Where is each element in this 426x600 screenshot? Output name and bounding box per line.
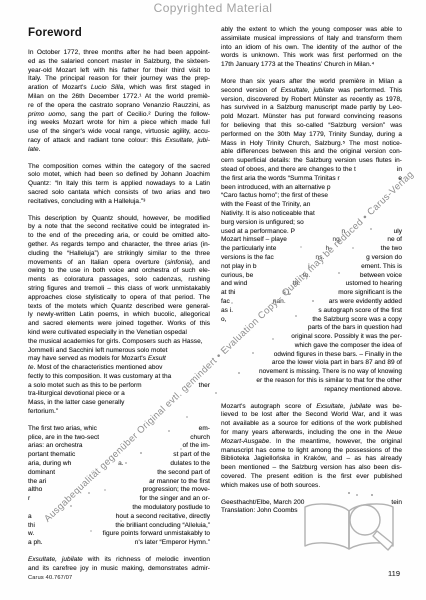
- copyright-material-label: Copyrighted Material: [0, 1, 426, 15]
- text-line: able differences between this and the or…: [221, 148, 402, 157]
- left-column-body: In October 1772, three months after he h…: [28, 49, 210, 574]
- scan-speckles: [0, 0, 2, 2]
- text-line: cern superficial details: the Salzburg v…: [221, 157, 402, 166]
- text-line: kind were cultivated especially in the V…: [28, 329, 210, 338]
- carus-logo-icon: [412, 165, 420, 174]
- text-line: novement is missing. There is no way of …: [221, 368, 402, 377]
- text-line: Exsultate, jubilate with its richness of…: [28, 556, 210, 565]
- text-line: lieved to be lost after the Second World…: [221, 411, 402, 420]
- text-line: which makes use of both sources.: [221, 482, 402, 491]
- text-line: for many years afterwards, including the…: [221, 429, 402, 438]
- text-line: re of the opera the castrato soprano Ven…: [28, 102, 210, 111]
- text-line: use of the singer's wide vocal range, vi…: [28, 128, 210, 137]
- text-line: Mozart-Ausgabe. In the meantime, however…: [221, 438, 402, 447]
- text-line: and sacred elements were joined together…: [28, 320, 210, 329]
- text-line: ably the extent to which the young compo…: [221, 26, 402, 35]
- text-line: may have served as models for Mozart's E…: [28, 355, 210, 364]
- text-line: as i.s autograph score of the first: [221, 307, 402, 316]
- text-line: burg version is unfigured; so: [221, 219, 402, 228]
- text-line: not available as a source for editions o…: [221, 420, 402, 429]
- text-line: ing weeks Mozart wrote for him a piece w…: [28, 119, 210, 128]
- text-line: assimilate musical impressions of Italy …: [221, 35, 402, 44]
- text-line: facnan.ars were evidently added: [221, 298, 402, 307]
- text-line: Mass, in the latter case generally: [28, 399, 210, 408]
- text-line: dominantthe second part of: [28, 469, 210, 478]
- text-line: for believing that this so-called “Salzb…: [221, 122, 402, 131]
- text-line: althoprogression; the move-: [28, 486, 210, 495]
- text-line: by a note that the second recitative cou…: [28, 223, 210, 232]
- text-line: at this i.more significant is the: [221, 289, 402, 298]
- foreword-heading: Foreword: [28, 27, 210, 39]
- scanned-foreword-page: Copyrighted Material Foreword In October…: [0, 0, 426, 600]
- paragraph: The composition comes within the categor…: [28, 163, 210, 207]
- paragraph: Exsultate, jubilate with its richness of…: [28, 556, 210, 574]
- text-line: the musical academies for girls. Compose…: [28, 338, 210, 347]
- right-column: ably the extent to which the young compo…: [221, 26, 402, 582]
- text-line: pold Mozart. Münster has put forward con…: [221, 113, 402, 122]
- text-line: aria, during wha.dulates to the: [28, 460, 210, 469]
- text-line: Biblioteka Jagiellońska in Kraków, and –…: [221, 455, 402, 464]
- text-line: approaches close stylistically to opera …: [28, 294, 210, 303]
- text-line: ed as the salaried concert master in Sal…: [28, 58, 210, 67]
- text-line: cluding the “Halleluja”) are strikingly …: [28, 250, 210, 259]
- text-line: owing to the use in both voice and orche…: [28, 267, 210, 276]
- text-line: used at a performance. Pn.uly: [221, 228, 402, 237]
- text-line: w.figure points forward unmistakably to: [28, 530, 210, 539]
- text-line: er the reason for this is similar to tha…: [221, 377, 402, 386]
- paragraph: In October 1772, three months after he h…: [28, 49, 210, 155]
- left-column: Foreword In October 1772, three months a…: [28, 26, 210, 582]
- text-line: and its carefree joy in music making, de…: [28, 565, 210, 574]
- text-line: 17th January 1773 at the Theatins’ Churc…: [221, 61, 402, 70]
- text-line: The first two arias, whicem-: [28, 425, 210, 434]
- text-line: performed on the 30th May 1779, Trinity …: [221, 131, 402, 140]
- text-line: te. Most of the characteristics mentione…: [28, 364, 210, 373]
- paragraph: ably the extent to which the young compo…: [221, 26, 402, 70]
- text-line: fertorium.”: [28, 408, 210, 417]
- page-number: 119: [388, 569, 400, 578]
- footer-catalog-number: Carus 40.767/07: [28, 575, 72, 581]
- text-line: stead of oboes, and there are changes to…: [221, 166, 402, 175]
- text-line: gether. As regards tempo and character, …: [28, 241, 210, 250]
- text-line: Milan on the 26th December 1772.¹ At the…: [28, 93, 210, 102]
- text-line: the particularly inteh-the two: [221, 245, 402, 254]
- paragraph: Mozart's autograph score of Exsultate, j…: [221, 403, 402, 491]
- text-line: and windth.ustomed to hearing: [221, 280, 402, 289]
- text-line: to the end of the preceding aria, or cou…: [28, 232, 210, 241]
- text-line: ments as coloratura passages, solo caden…: [28, 276, 210, 285]
- text-line: Jommelli and Sacchini left numerous solo…: [28, 347, 210, 356]
- book-magnifier-logo: [297, 500, 401, 560]
- text-line: words is unknown. This work was first pe…: [221, 52, 402, 61]
- text-line: racy of attack and radiant tone colour: …: [28, 137, 210, 146]
- text-line: covered. The present edition is the firs…: [221, 473, 402, 482]
- text-line: aration of Mozart's Lucio Silla, which w…: [28, 84, 210, 93]
- text-line: texts of the motets which Quantz describ…: [28, 303, 210, 312]
- text-line: movements of an Italian opera overture (…: [28, 259, 210, 268]
- paragraph: More than six years after the world prem…: [221, 78, 402, 395]
- text-line: been mentioned – the Salzburg version ha…: [221, 464, 402, 473]
- text-line: arce the lower viola part in bars 87 and…: [221, 359, 402, 368]
- text-line: Mozart himself – playeng.ne of: [221, 236, 402, 245]
- two-column-text: Foreword In October 1772, three months a…: [28, 26, 402, 582]
- text-line: string figures and tremoli – this class …: [28, 285, 210, 294]
- text-line: solo motet, which had been so defined by…: [28, 171, 210, 180]
- text-line: has survived in a Salzburg manuscript ma…: [221, 104, 402, 113]
- text-line: the first aria the words “Summa Trinitas…: [221, 175, 402, 184]
- text-line: which gave the composer the idea of: [221, 342, 402, 351]
- text-line: In October 1772, three months after he h…: [28, 49, 210, 58]
- text-line: ly newly-written Latin poems, in which b…: [28, 311, 210, 320]
- text-line: a ph.n's later “Emperor Hymn.”: [28, 539, 210, 548]
- text-line: Italy. The principal reason for their jo…: [28, 75, 210, 84]
- text-line: Quantz: “In Italy this term is applied n…: [28, 180, 210, 189]
- text-line: recitatives, concluding with a Halleluja…: [28, 198, 210, 207]
- text-line: second version of Exsultate, jubilate wa…: [221, 87, 402, 96]
- text-line: repancy mentioned above.: [221, 386, 402, 395]
- text-line: late.: [28, 146, 210, 155]
- text-line: More than six years after the world prem…: [221, 78, 402, 87]
- text-line: sacred solo cantata which consists of tw…: [28, 189, 210, 198]
